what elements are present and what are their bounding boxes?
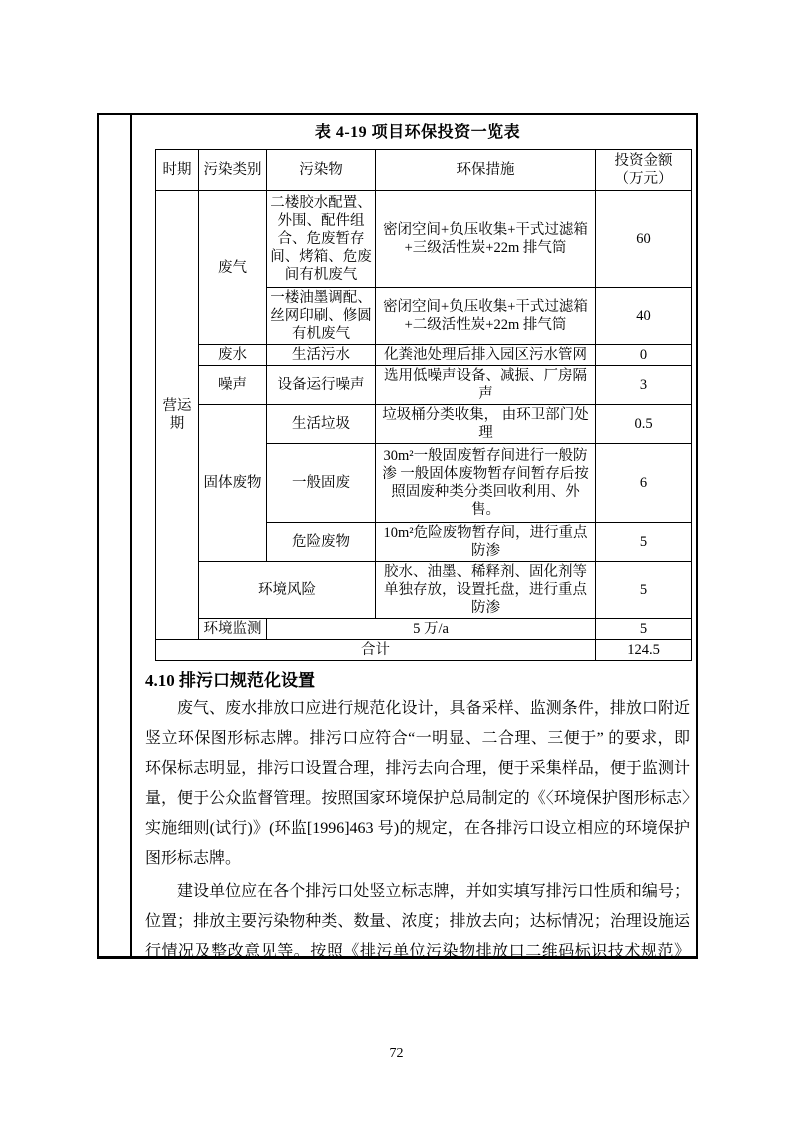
- cell-general-measure: 30m²一般固废暂存间进行一般防渗 一般固体废物暂存间暂存后按照固废种类分类回收…: [376, 444, 596, 523]
- table-row-domestic-waste: 固体废物 生活垃圾 垃圾桶分类收集， 由环卫部门处理 0.5: [156, 405, 692, 444]
- document-page: 表 4-19 项目环保投资一览表 时期 污染类别 污染物 环保措施 投资金额: [0, 0, 793, 1122]
- content-frame: 表 4-19 项目环保投资一览表 时期 污染类别 污染物 环保措施 投资金额: [97, 113, 698, 959]
- cell-water-amount: 0: [596, 345, 692, 366]
- header-category: 污染类别: [199, 150, 267, 191]
- cell-gas2-measure: 密闭空间+负压收集+干式过滤箱+二级活性炭+22m 排气筒: [376, 288, 596, 345]
- table-row-wastewater: 废水 生活污水 化粪池处理后排入园区污水管网 0: [156, 345, 692, 366]
- cell-general-amount: 6: [596, 444, 692, 523]
- cell-total-amount: 124.5: [596, 640, 692, 661]
- page-number: 72: [0, 1046, 793, 1062]
- header-period: 时期: [156, 150, 199, 191]
- cell-noise-measure: 选用低噪声设备、减振、厂房隔声: [376, 366, 596, 405]
- cell-domestic-pollutant: 生活垃圾: [267, 405, 376, 444]
- header-amount: 投资金额 （万元）: [596, 150, 692, 191]
- header-pollutant: 污染物: [267, 150, 376, 191]
- cell-period: 营运期: [156, 191, 199, 640]
- cell-domestic-measure: 垃圾桶分类收集， 由环卫部门处理: [376, 405, 596, 444]
- table-row-gas-1: 营运期 废气 二楼胶水配置、外围、配件组合、危废暂存间、烤箱、危废间有机废气 密…: [156, 191, 692, 288]
- cell-noise-amount: 3: [596, 366, 692, 405]
- cell-noise-pollutant: 设备运行噪声: [267, 366, 376, 405]
- cell-general-pollutant: 一般固废: [267, 444, 376, 523]
- cell-total-label: 合计: [156, 640, 596, 661]
- cell-noise-category: 噪声: [199, 366, 267, 405]
- content-area: 表 4-19 项目环保投资一览表 时期 污染类别 污染物 环保措施 投资金额: [132, 115, 696, 956]
- cell-water-measure: 化粪池处理后排入园区污水管网: [376, 345, 596, 366]
- cell-water-category: 废水: [199, 345, 267, 366]
- cell-risk-label: 环境风险: [199, 562, 376, 619]
- cell-gas1-amount: 60: [596, 191, 692, 288]
- cell-solid-category: 固体废物: [199, 405, 267, 562]
- cell-monitoring-measure: 5 万/a: [267, 619, 596, 640]
- investment-table: 时期 污染类别 污染物 环保措施 投资金额 （万元） 营运期 废气 二楼胶水配置…: [155, 149, 692, 661]
- cell-water-pollutant: 生活污水: [267, 345, 376, 366]
- table-row-noise: 噪声 设备运行噪声 选用低噪声设备、减振、厂房隔声 3: [156, 366, 692, 405]
- table-title: 表 4-19 项目环保投资一览表: [145, 122, 690, 143]
- cell-risk-amount: 5: [596, 562, 692, 619]
- cell-gas2-amount: 40: [596, 288, 692, 345]
- cell-domestic-amount: 0.5: [596, 405, 692, 444]
- cell-hazardous-amount: 5: [596, 523, 692, 562]
- section-heading: 4.10 排污口规范化设置: [145, 670, 690, 691]
- table-row-environmental-risk: 环境风险 胶水、油墨、稀释剂、固化剂等单独存放，设置托盘，进行重点防渗 5: [156, 562, 692, 619]
- table-row-total: 合计 124.5: [156, 640, 692, 661]
- cell-gas1-pollutant: 二楼胶水配置、外围、配件组合、危废暂存间、烤箱、危废间有机废气: [267, 191, 376, 288]
- cell-gas2-pollutant: 一楼油墨调配、丝网印刷、修圆有机废气: [267, 288, 376, 345]
- cell-gas-category: 废气: [199, 191, 267, 345]
- cell-monitoring-label: 环境监测: [199, 619, 267, 640]
- cell-hazardous-pollutant: 危险废物: [267, 523, 376, 562]
- cell-gas1-measure: 密闭空间+负压收集+干式过滤箱+三级活性炭+22m 排气筒: [376, 191, 596, 288]
- header-measure: 环保措施: [376, 150, 596, 191]
- table-header-row: 时期 污染类别 污染物 环保措施 投资金额 （万元）: [156, 150, 692, 191]
- table-row-environmental-monitoring: 环境监测 5 万/a 5: [156, 619, 692, 640]
- cell-hazardous-measure: 10m²危险废物暂存间，进行重点防渗: [376, 523, 596, 562]
- paragraph-2: 建设单位应在各个排污口处竖立标志牌，并如实填写排污口性质和编号；位置；排放主要污…: [145, 877, 690, 956]
- paragraph-1: 废气、废水排放口应进行规范化设计，具备采样、监测条件，排放口附近竖立环保图形标志…: [145, 694, 690, 874]
- cell-monitoring-amount: 5: [596, 619, 692, 640]
- cell-risk-measure: 胶水、油墨、稀释剂、固化剂等单独存放，设置托盘，进行重点防渗: [376, 562, 596, 619]
- left-margin-column: [99, 115, 132, 956]
